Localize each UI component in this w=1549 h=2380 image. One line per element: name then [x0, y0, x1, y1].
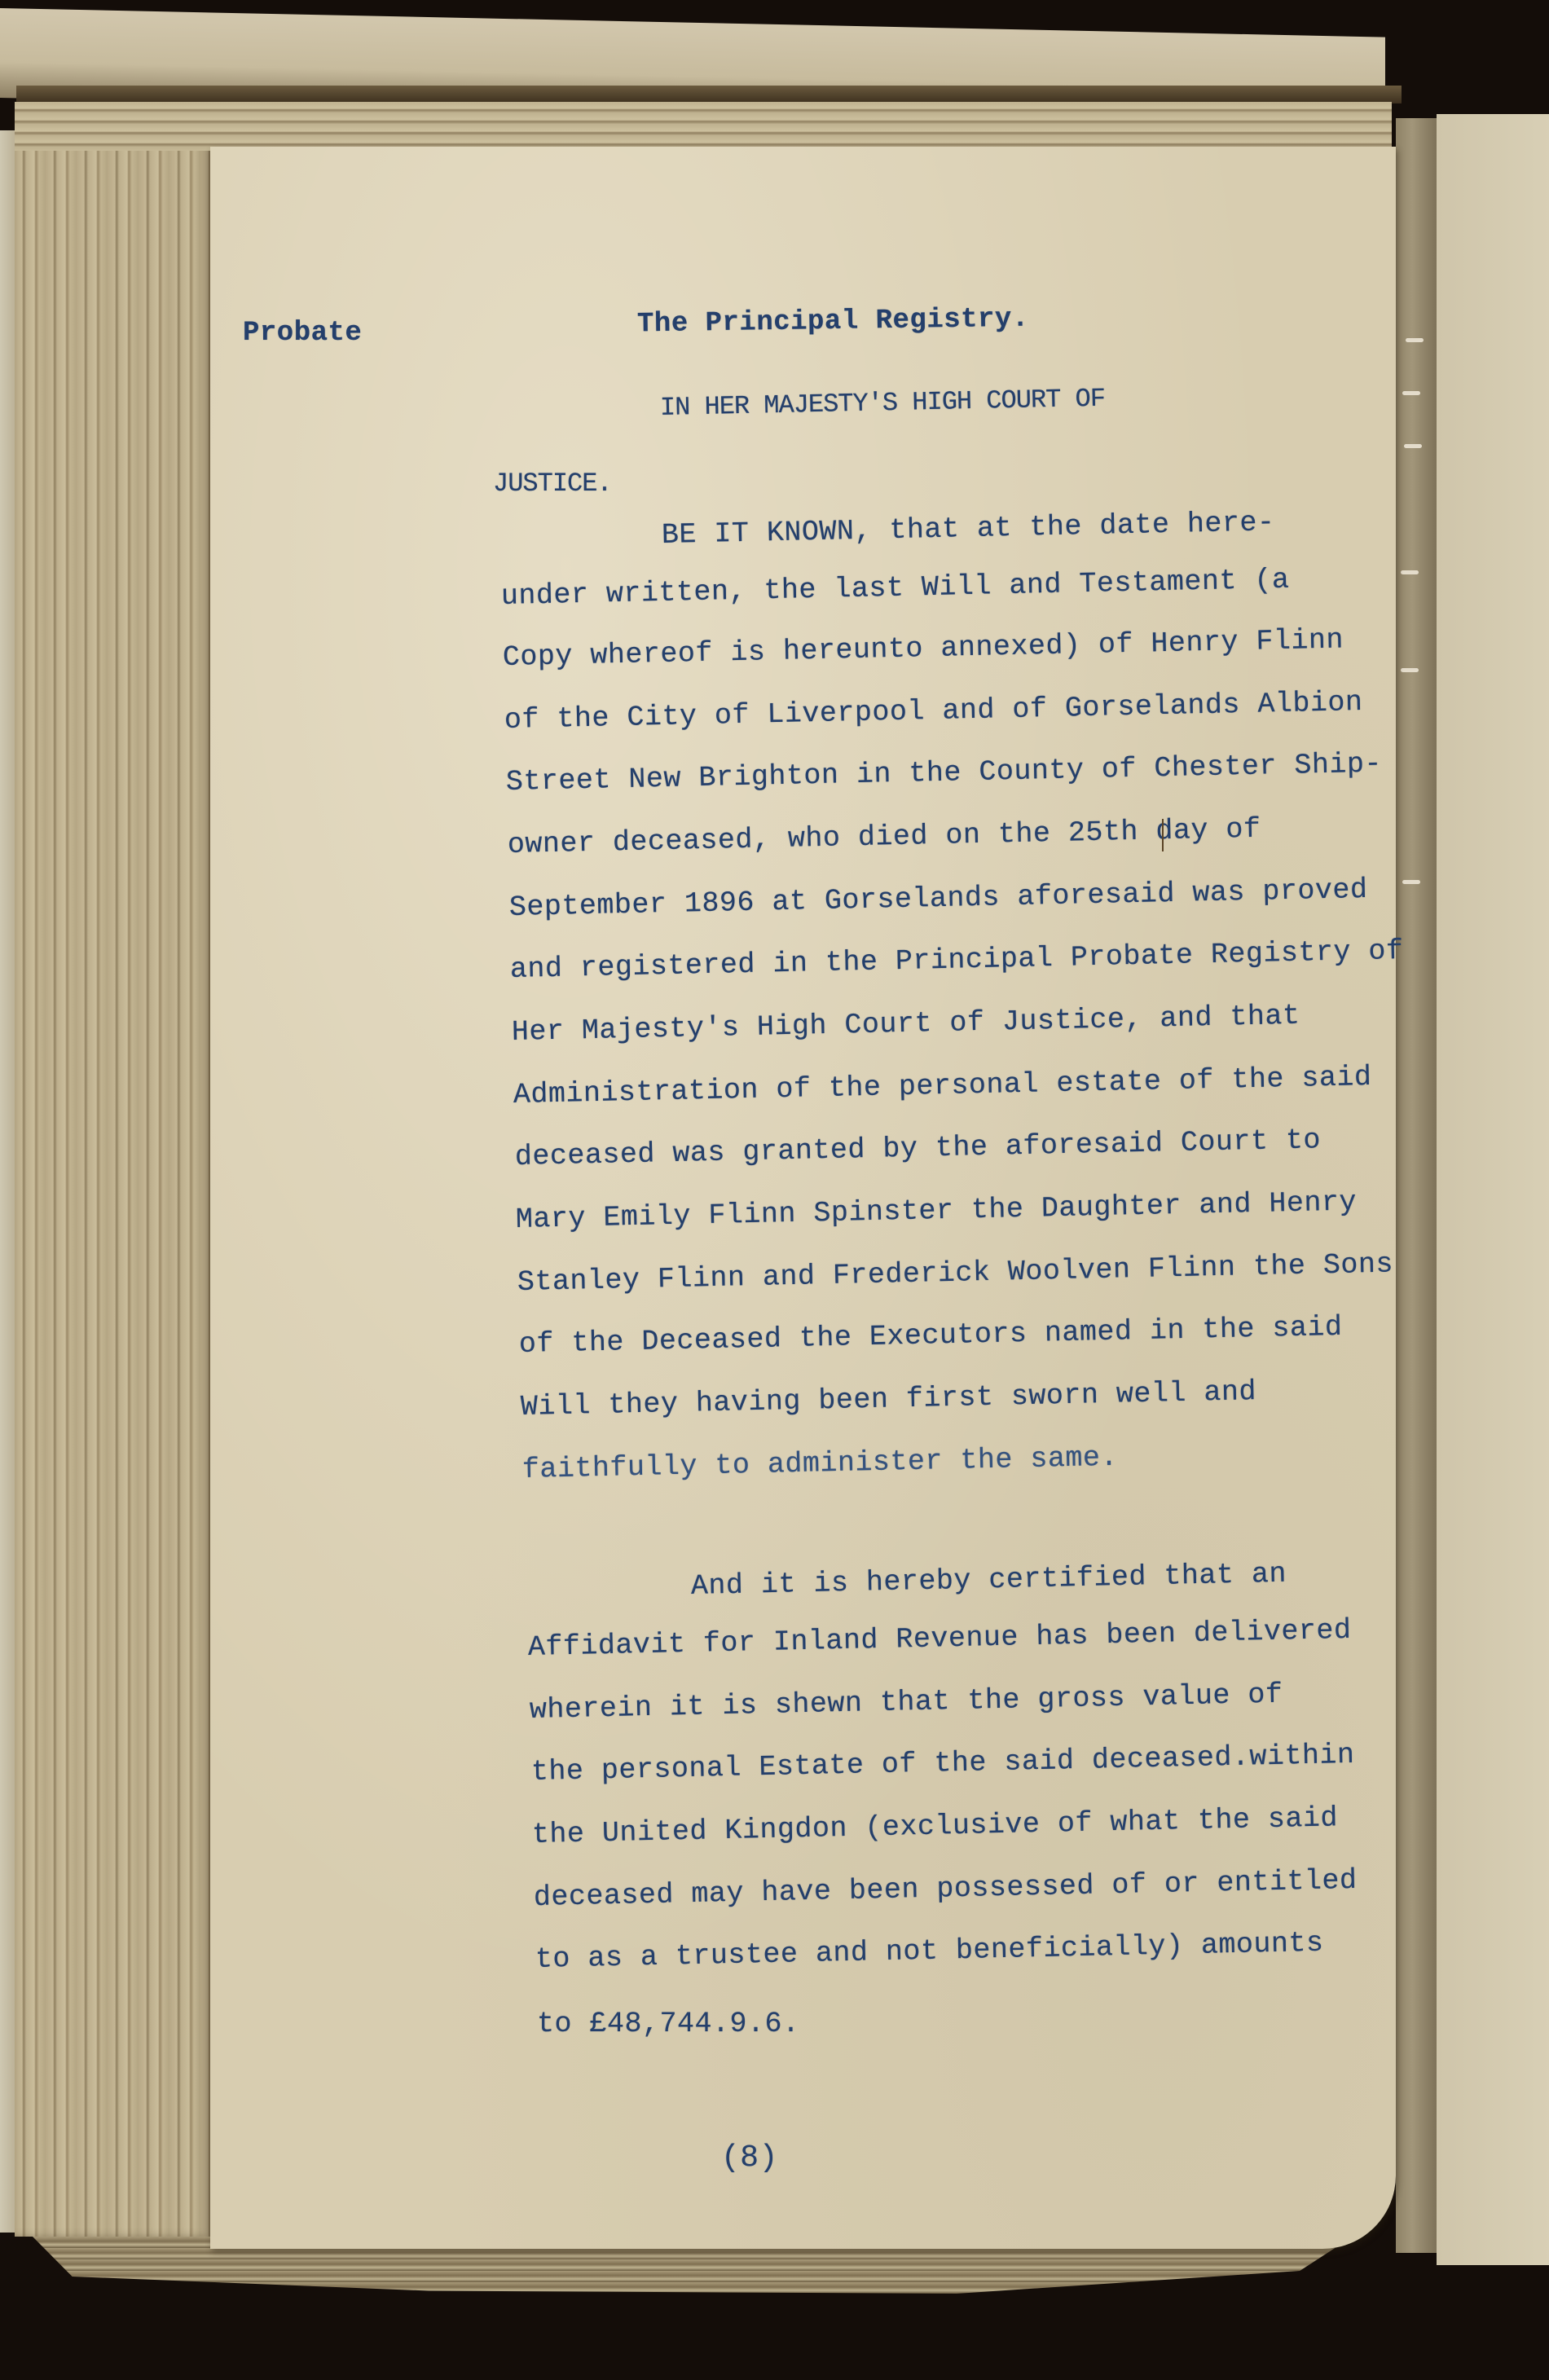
binding-stitch — [1401, 668, 1419, 672]
court-line-2: JUSTICE. — [493, 471, 612, 497]
book-gutter — [1396, 118, 1437, 2253]
margin-label: Probate — [243, 319, 362, 347]
facing-page — [1437, 114, 1549, 2265]
top-page-edges-shadow — [16, 86, 1402, 103]
binding-stitch — [1402, 391, 1420, 395]
binding-stitch — [1404, 444, 1422, 448]
page-number: (8) — [721, 2143, 778, 2174]
registry-heading: The Principal Registry. — [637, 306, 1029, 339]
binding-stitch — [1402, 880, 1420, 884]
binding-stitch — [1401, 570, 1419, 574]
pencil-separator-mark — [1162, 819, 1164, 851]
binding-stitch — [1406, 338, 1424, 342]
left-stacked-page-edges — [15, 102, 210, 2237]
top-stacked-page-edges — [15, 102, 1392, 151]
estate-value-line: to £48,744.9.6. — [537, 2010, 800, 2039]
scanned-book-scene: Probate The Principal Registry. IN HER M… — [0, 0, 1549, 2380]
